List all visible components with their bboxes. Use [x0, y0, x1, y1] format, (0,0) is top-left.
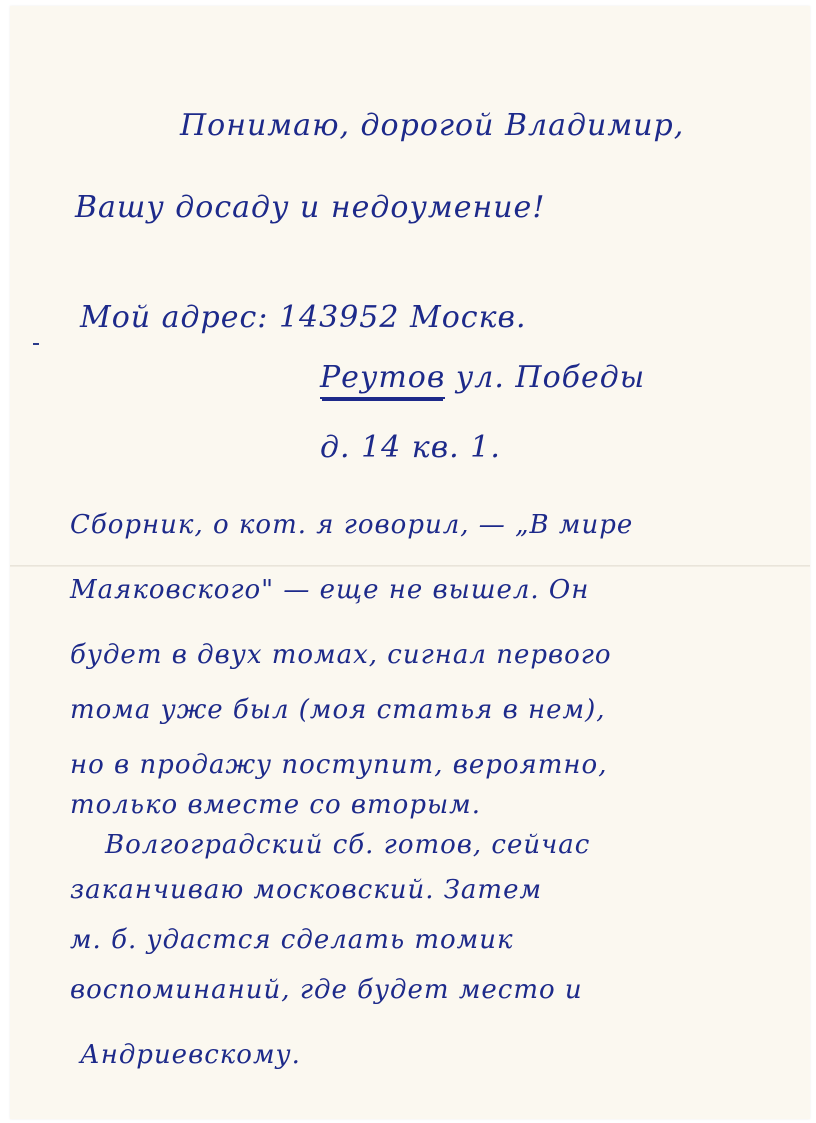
address-city-line: Реутов ул. Победы [320, 360, 645, 395]
margin-mark [33, 343, 39, 345]
body-line: Маяковского" — еще не вышел. Он [70, 575, 589, 605]
address-label: Мой адрес: 143952 Москв. [80, 300, 527, 335]
body-line: тома уже был (моя статья в нем), [70, 695, 606, 725]
body-line: будет в двух томах, сигнал первого [70, 640, 612, 670]
body-line: но в продажу поступит, вероятно, [70, 750, 607, 780]
body-line: Андриевскому. [80, 1040, 301, 1070]
body-line: заканчиваю московский. Затем [70, 875, 542, 905]
body-line: Волгоградский сб. готов, сейчас [105, 830, 590, 860]
body-line: Сборник, о кот. я говорил, — „В мире [70, 510, 633, 540]
body-line: только вместе со вторым. [70, 790, 481, 820]
address-city: Реутов [320, 360, 445, 399]
address-house: д. 14 кв. 1. [320, 430, 501, 465]
body-line: м. б. удастся сделать томик [70, 925, 514, 955]
body-line: воспоминаний, где будет место и [70, 975, 583, 1005]
greeting: Понимаю, дорогой Владимир, [180, 108, 684, 143]
fold-crease [10, 565, 810, 567]
address-street: ул. Победы [456, 360, 645, 395]
opening-line: Вашу досаду и недоумение! [75, 190, 545, 225]
